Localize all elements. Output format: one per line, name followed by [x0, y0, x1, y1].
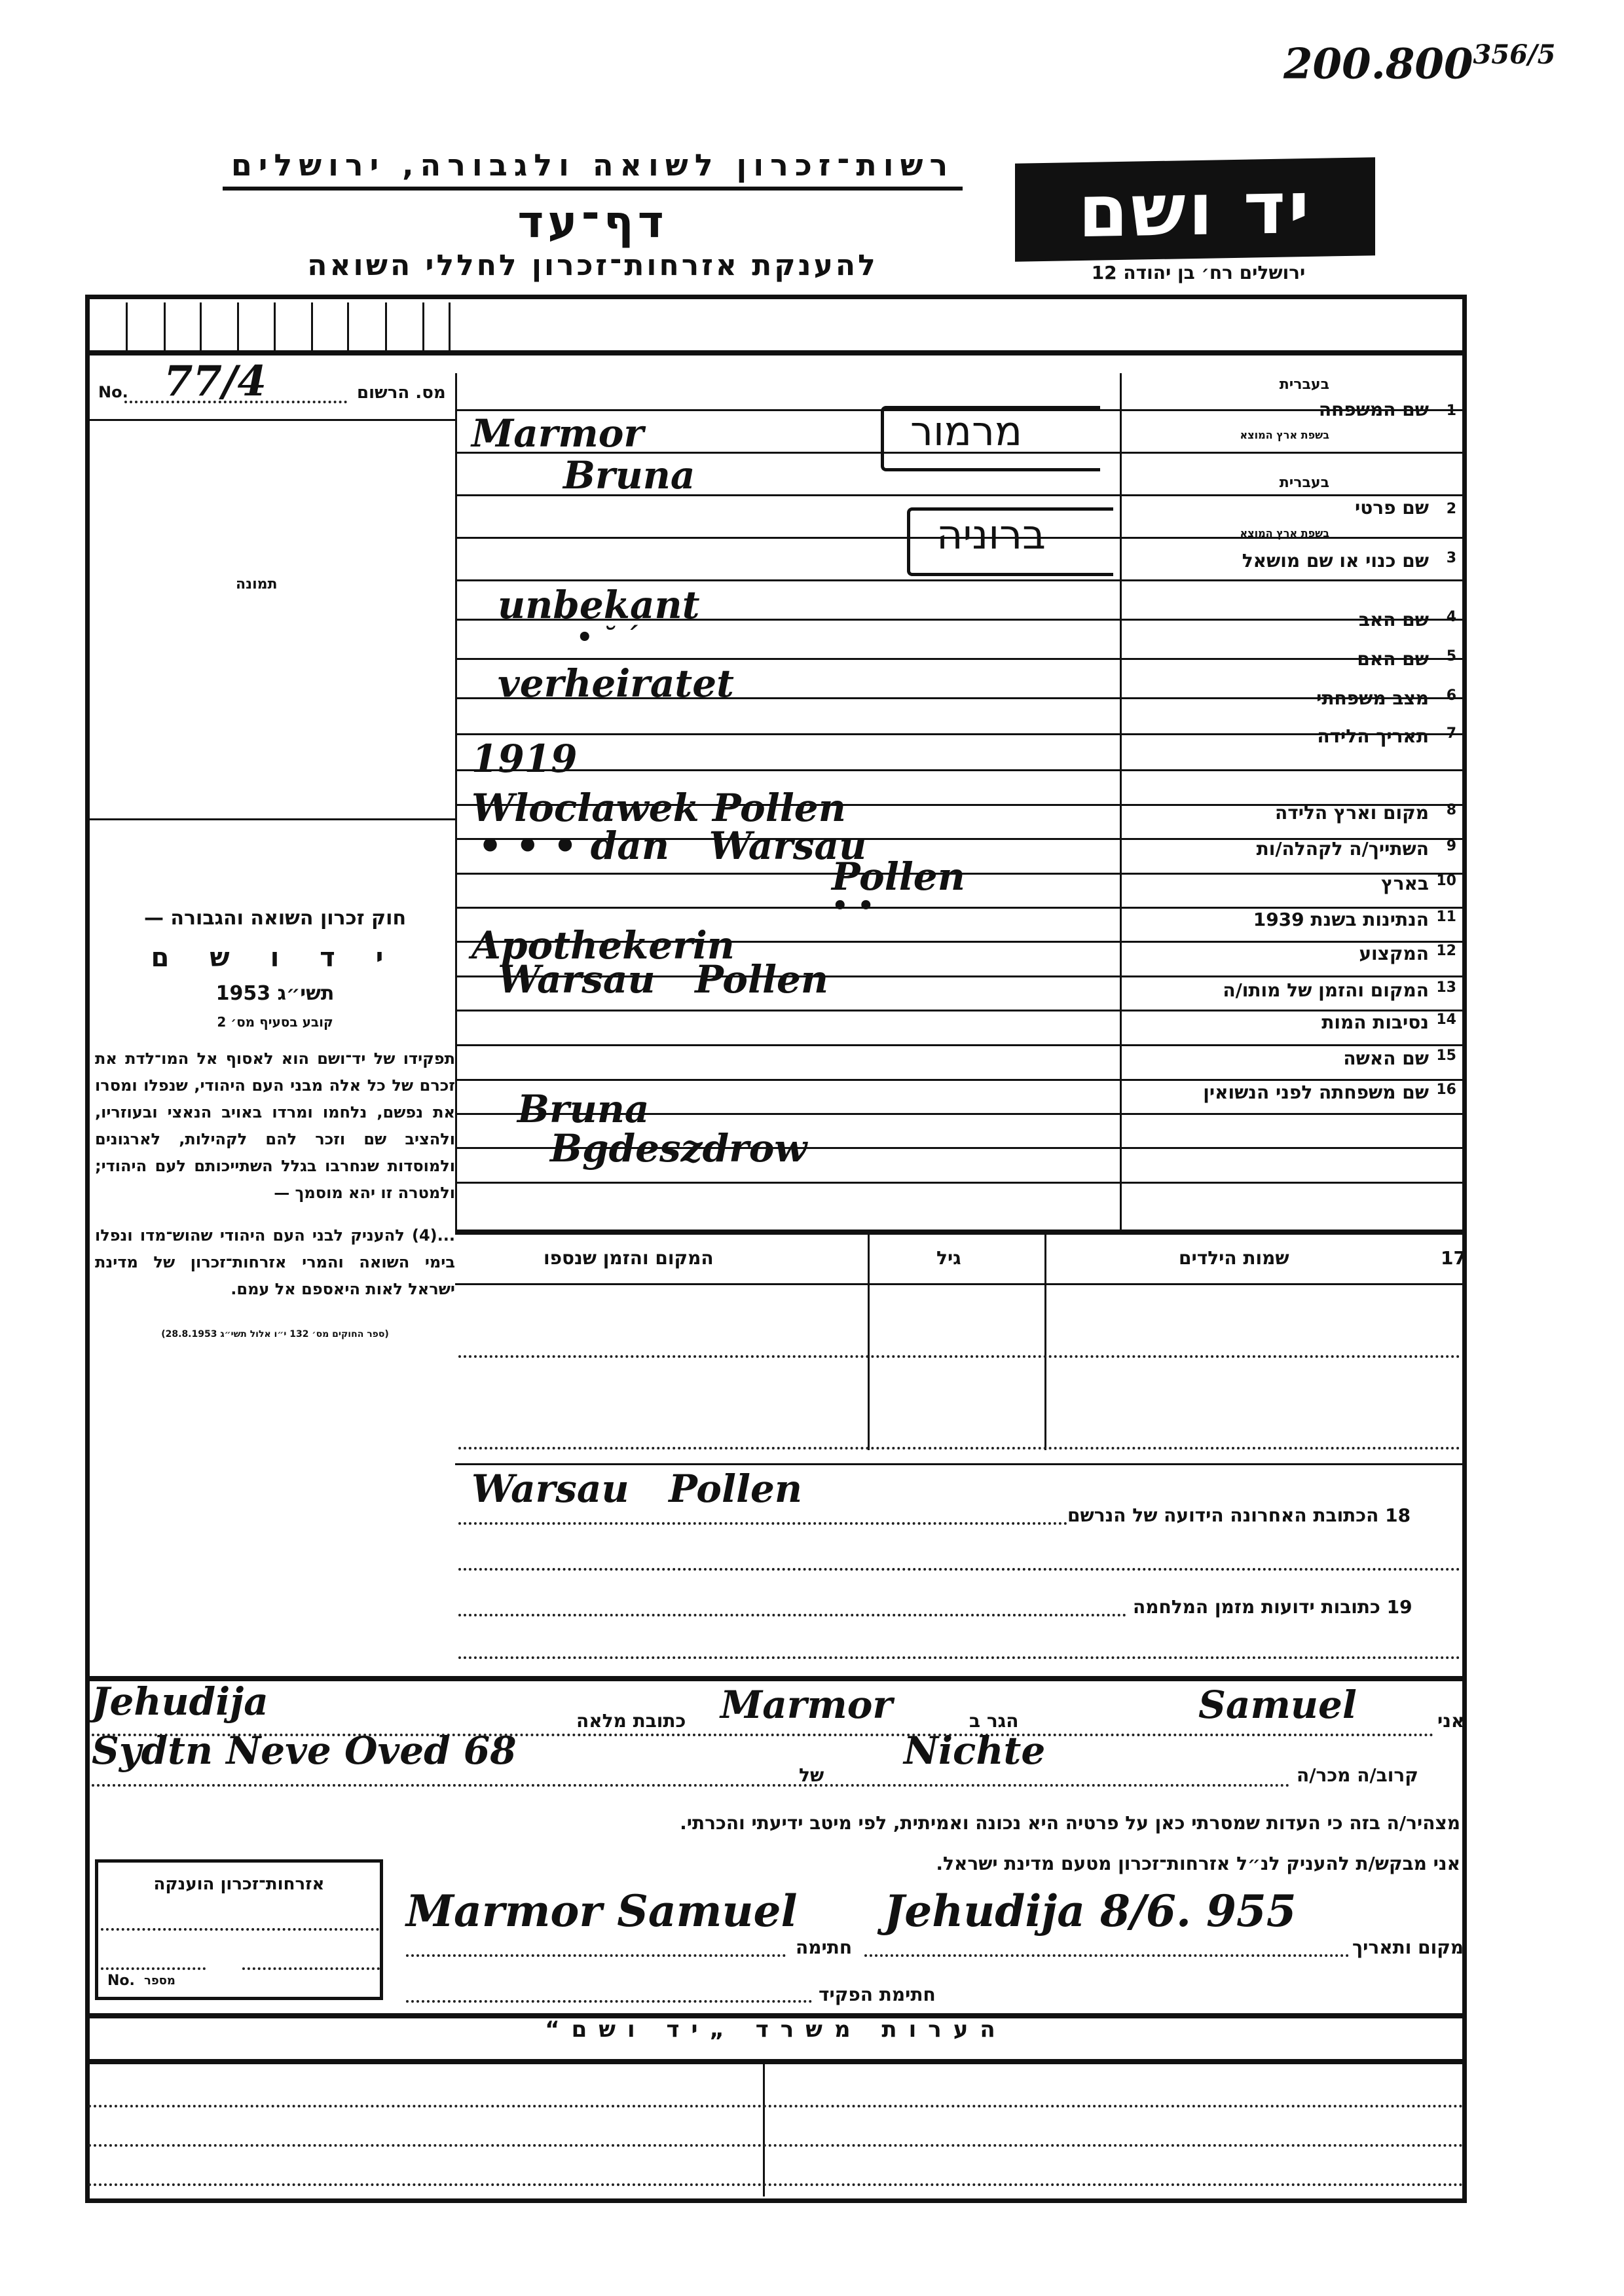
request-text: אני מבקש/ת להעניק לנ״ל אזרחות־זכרון מטעם…	[825, 1853, 1460, 1874]
remarks-line[interactable]	[88, 2144, 1464, 2147]
wife-name-field[interactable]: Bruna	[517, 1087, 650, 1131]
divider	[455, 1230, 1464, 1235]
divider	[455, 1010, 1464, 1011]
divider	[455, 1463, 1464, 1465]
organization-name: רשות־זכרון לשואה ולגבורה, ירושלים	[223, 147, 963, 191]
law-title: חוק זכרון השואה והגבורה —	[95, 907, 455, 930]
field-label: מצב משפחתי	[1316, 687, 1429, 709]
field-sub-local: בשפת ארץ המוצא	[1240, 429, 1330, 441]
community-field[interactable]: • • • dan Warsau	[478, 824, 866, 868]
grid-cell-divider	[200, 302, 202, 355]
divider	[88, 350, 1464, 355]
declarant-city-field[interactable]: Jehudija	[92, 1679, 268, 1724]
divider	[455, 658, 1464, 660]
place-date-field[interactable]: Jehudija 8/6. 955	[884, 1886, 1297, 1937]
divider	[455, 733, 1464, 735]
field-label: מקום וארץ הלידה	[1275, 802, 1429, 824]
certificate-line[interactable]	[242, 1967, 380, 1970]
form-title: דף־עד	[223, 196, 963, 248]
field-number: 12	[1436, 943, 1456, 959]
field-label: שם פרטי	[1355, 497, 1429, 519]
field-number: 9	[1447, 838, 1456, 854]
law-reference: (ספר החוקים מס׳ 132 י״ו אלול תשי״ג 28.8.…	[95, 1329, 455, 1339]
official-signature-label: חתימת הפקיד	[819, 1984, 936, 2005]
mother-name-field[interactable]: • ˘ ´	[576, 622, 637, 653]
address-label: כתובת מלאה	[576, 1710, 686, 1732]
wartime-address-label: 19 כתובות ידועות מזמן המלחמה	[1133, 1596, 1412, 1618]
children-row-line[interactable]	[458, 1355, 1460, 1358]
field-number: 7	[1447, 725, 1456, 742]
law-name: י ד ו ש ם	[95, 943, 455, 973]
field-label: המקצוע	[1359, 943, 1429, 964]
declarant-line-2	[92, 1784, 1290, 1787]
field-sub-hebrew: בעברית	[1280, 475, 1329, 491]
field-label: הנתינות בשנת 1939	[1253, 909, 1429, 930]
place-date-label: מקום ותאריך	[1352, 1937, 1464, 1958]
field-label: נסיבות המות	[1321, 1011, 1429, 1033]
grid-cell-divider	[126, 302, 128, 355]
grid-cell-divider	[311, 302, 313, 355]
remarks-line[interactable]	[88, 2105, 1464, 2107]
divider	[88, 419, 455, 421]
field-label: בארץ	[1381, 873, 1429, 894]
column-divider	[763, 2062, 765, 2196]
grid-cell-divider	[422, 302, 424, 355]
relative-label: קרוב/ה מכר/ה	[1297, 1764, 1418, 1786]
first-name-field[interactable]: Bruna	[563, 453, 695, 498]
official-signature-line[interactable]	[406, 2000, 812, 2003]
divider	[455, 579, 1464, 581]
divider	[88, 1676, 1464, 1681]
death-place-field[interactable]: Warsau Pollen	[498, 957, 828, 1002]
grid-cell-divider	[347, 302, 349, 355]
divider	[88, 818, 455, 820]
field-number: 11	[1436, 909, 1456, 925]
field-label: שם המשפחה	[1319, 399, 1429, 420]
declaration-text: מצהיר/ה בזה כי העדות שמסרתי כאן על פרטיה…	[511, 1812, 1460, 1834]
grid-cell-divider	[164, 302, 166, 355]
law-year: תשי״ג 1953	[95, 982, 455, 1005]
last-address-line-2[interactable]	[458, 1568, 1460, 1571]
children-age-header: גיל	[936, 1247, 961, 1269]
first-name-hebrew-field[interactable]: ברוניה	[936, 511, 1046, 558]
nationality-field[interactable]: • •	[832, 890, 874, 921]
divider	[455, 1283, 1464, 1285]
signature-line	[406, 1954, 786, 1957]
declarant-first-name-field[interactable]: Samuel	[1198, 1683, 1357, 1727]
registration-number-field[interactable]: 77/4	[164, 357, 267, 406]
children-field-number: 17	[1441, 1247, 1466, 1269]
grid-cell-divider	[385, 302, 387, 355]
field-label: שם כנוי או שם מושאל	[1242, 550, 1429, 572]
divider	[88, 2059, 1464, 2064]
certificate-no-label-he: מספר	[144, 1974, 175, 1988]
place-date-line	[864, 1954, 1349, 1957]
archive-stamp-number: 200.800356/5	[1283, 39, 1555, 88]
last-address-field[interactable]: Warsau Pollen	[471, 1467, 802, 1511]
field-label: שם האם	[1357, 648, 1429, 670]
certificate-title: אזרחות־זכרון הוענקה	[98, 1874, 380, 1894]
field-label: שם האב	[1359, 609, 1429, 630]
field-number: 16	[1436, 1082, 1456, 1098]
logo-address: ירושלים רח׳ בן יהודה 12	[1022, 262, 1375, 283]
children-place-header: המקום והזמן שנספו	[544, 1247, 714, 1269]
divider	[455, 1182, 1464, 1184]
surname-hebrew-field[interactable]: מרמור	[910, 407, 1022, 455]
divider	[455, 1079, 1464, 1081]
ani-label: אני	[1437, 1710, 1464, 1732]
field-label: שם משפחתה לפני הנשואין	[1203, 1082, 1429, 1103]
field-number: 4	[1447, 609, 1456, 625]
law-paragraph-1: תפקידו של יד־ושם הוא לאסוף אל המו־לדת את…	[95, 1046, 455, 1207]
form-subtitle: להענקת אזרחות־זכרון לחללי השואה	[223, 249, 963, 282]
certificate-line[interactable]	[101, 1967, 206, 1970]
wartime-address-line-2[interactable]	[458, 1656, 1460, 1659]
wartime-address-line[interactable]	[458, 1614, 1126, 1616]
last-address-line	[458, 1522, 1067, 1525]
field-number: 1	[1447, 403, 1456, 419]
children-row-line[interactable]	[458, 1447, 1460, 1449]
marital-status-field[interactable]: verheiratet	[498, 661, 734, 706]
children-names-header: שמות הילדים	[1179, 1247, 1289, 1269]
maiden-name-field[interactable]: Bgdeszdrow	[550, 1126, 807, 1171]
declarant-address-field[interactable]: Sydtn Neve Oved 68	[92, 1728, 517, 1773]
field-number: 13	[1436, 979, 1456, 996]
grid-cell-divider	[237, 302, 239, 355]
field-sub-local: בשפת ארץ המוצא	[1240, 527, 1330, 539]
column-divider	[868, 1231, 870, 1450]
law-paragraph-2: ...(4) להעניק לבני העם היהודי שהוש־מדו ו…	[95, 1222, 455, 1303]
field-number: 8	[1447, 802, 1456, 818]
citizenship-certificate-box: אזרחות־זכרון הוענקה No. מספר	[95, 1859, 383, 2000]
field-row-surname: בעברית 1 שם המשפחה בשפת ארץ המוצא	[1120, 376, 1460, 448]
field-number: 10	[1436, 873, 1456, 889]
divider	[455, 1044, 1464, 1046]
certificate-no-label: No.	[107, 1973, 135, 1989]
column-divider	[455, 373, 457, 1231]
birth-date-field[interactable]: 1919	[471, 737, 577, 781]
certificate-line[interactable]	[101, 1928, 379, 1931]
law-excerpt: חוק זכרון השואה והגבורה — י ד ו ש ם תשי״…	[95, 907, 455, 1339]
last-address-label: 18 הכתובת האחרונה הידועה של הנרשם	[1067, 1504, 1411, 1526]
declarant-signature-field[interactable]: Marmor Samuel	[406, 1886, 798, 1937]
field-label: תאריך הלידה	[1317, 725, 1429, 747]
field-label: שם האשה	[1343, 1048, 1429, 1069]
field-number: 2	[1447, 501, 1456, 517]
field-label: השתייך/ה לקהלה/ות	[1257, 838, 1429, 860]
field-number: 3	[1447, 550, 1456, 566]
relation-field[interactable]: Nichte	[904, 1728, 1045, 1773]
field-number: 15	[1436, 1048, 1456, 1064]
column-divider	[1044, 1231, 1046, 1450]
photo-placeholder: תמונה	[236, 576, 278, 592]
registration-no-label: No.	[98, 383, 128, 401]
grid-cell-divider	[274, 302, 276, 355]
field-sub-hebrew: בעברית	[1280, 376, 1329, 393]
field-number: 6	[1447, 687, 1456, 704]
signature-label: חתימה	[796, 1937, 852, 1958]
yad-vashem-logo: יד ושם	[1015, 157, 1375, 262]
law-section: קובע בסעיף מס׳ 2	[95, 1014, 455, 1030]
field-label: המקום והזמן של מותו/ה	[1223, 979, 1429, 1001]
field-number: 14	[1436, 1011, 1456, 1028]
of-label: של	[799, 1764, 824, 1786]
office-remarks-title: הערות משרד „יד ושם“	[85, 2016, 1467, 2043]
divider	[455, 769, 1464, 771]
remarks-line[interactable]	[88, 2183, 1464, 2186]
field-number: 5	[1447, 648, 1456, 665]
surname-field[interactable]: Marmor	[471, 411, 644, 456]
field-row-first-name: בעברית 2 שם פרטי בשפת ארץ המוצא	[1120, 475, 1460, 547]
registration-label: מס. הרשום	[357, 383, 446, 403]
grid-cell-divider	[449, 302, 451, 355]
declarant-surname-field[interactable]: Marmor	[720, 1683, 893, 1727]
father-name-field[interactable]: unbekant	[498, 583, 700, 627]
